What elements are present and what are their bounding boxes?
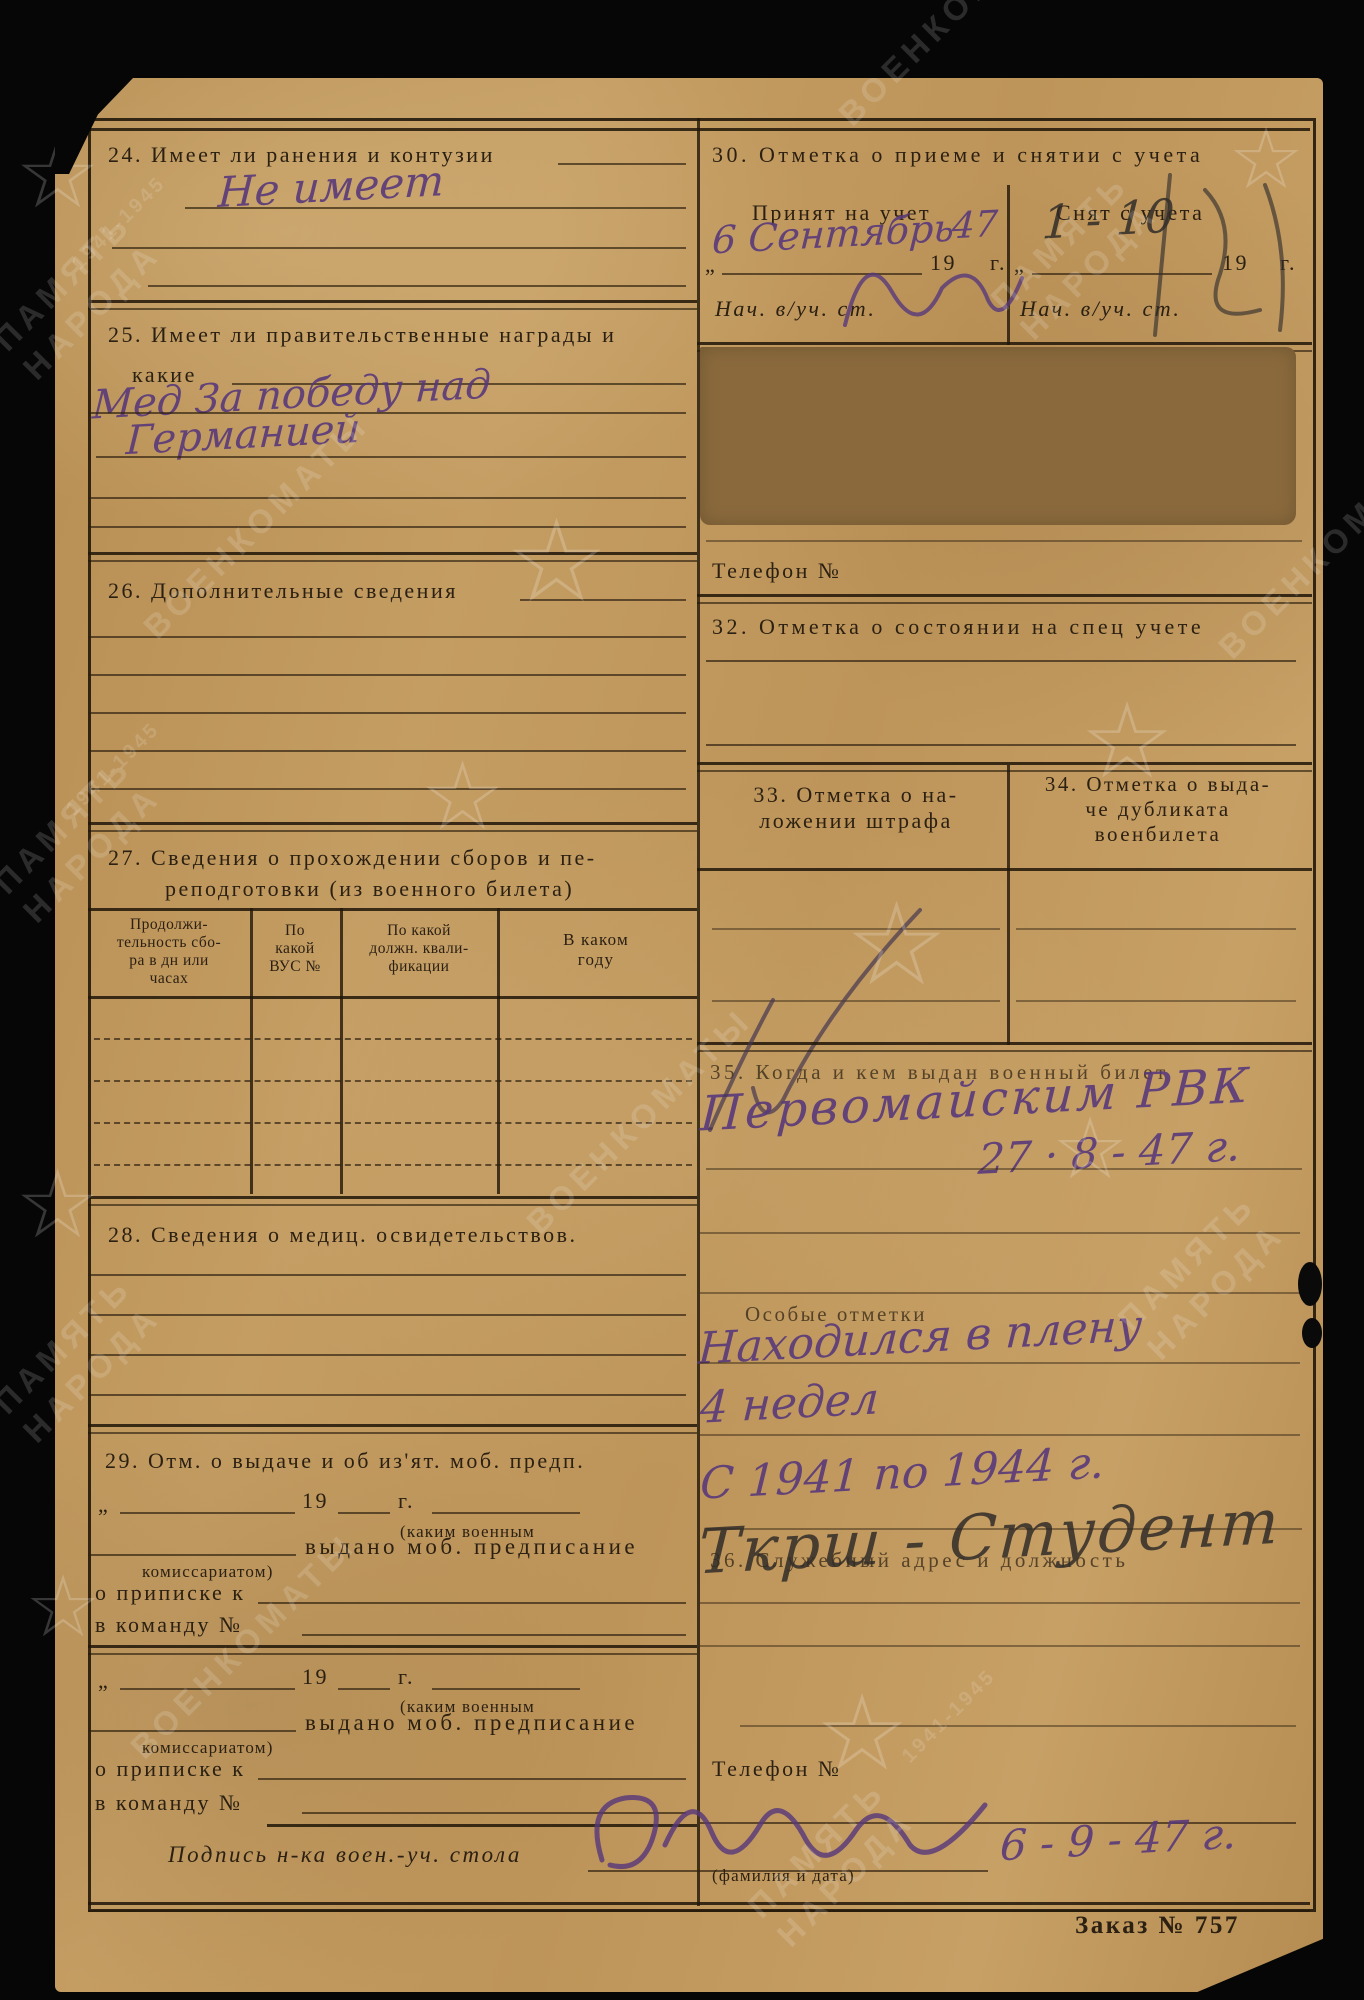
star-watermark: ☆ [1080,680,1174,802]
star-watermark: ☆ [505,495,608,629]
ruled-line [88,1394,686,1396]
section-rule [88,1645,697,1655]
blank-line [432,1688,580,1690]
table-column-divider [497,908,500,1194]
section-33-title: 33. Отметка о на- ложении штрафа [712,782,1000,834]
s33-s34-divider [1007,765,1010,1045]
table-row-line [94,1122,692,1124]
handwriting-pow-2: 4 недел [699,1373,880,1434]
open-quote: „ [98,1668,110,1694]
blank-line [302,1634,686,1636]
ruled-line [706,660,1296,662]
section-27-title2: реподготовки (из военного билета) [165,876,574,902]
issued-mob-order: выдано моб. предписание [305,1710,638,1736]
ruled-line [185,207,686,209]
section-rule [697,1042,1312,1052]
section-rule [88,1196,697,1206]
komanda-label: в команду № [95,1790,243,1816]
section-rule [697,594,1312,604]
ruled-line [706,744,1296,746]
blank-line [88,1730,296,1732]
table-header-year: В каком году [500,930,692,970]
year-19: 19 [302,1664,329,1690]
bottom-rule [88,1902,1310,1912]
note-commissariat: комиссариатом) [142,1562,274,1582]
ruled-line [700,1602,1300,1604]
ruled-line [88,750,686,752]
blank-line [258,1602,686,1604]
blank-line [88,1554,296,1556]
star-watermark: ☆ [15,1150,100,1260]
pripiska-label: о приписке к [95,1756,245,1782]
phone-label: Телефон № [712,558,841,584]
table-header-qualification: По какой должн. квали- фикации [344,922,494,976]
ruled-line [700,1362,1300,1364]
star-watermark: ☆ [1052,1100,1128,1199]
year-g: г. [398,1488,415,1514]
ruled-line [558,163,686,165]
star-watermark: ☆ [1228,110,1304,209]
open-quote: „ [98,1492,110,1518]
section-rule [88,1424,697,1434]
ruled-line [148,285,686,287]
komanda-label: в команду № [95,1612,243,1638]
section-25-title: 25. Имеет ли правительственные награды и [108,322,616,348]
ruled-line [112,247,686,249]
ruled-line [706,540,1302,542]
ruled-line [88,674,686,676]
section-rule [88,822,697,832]
scanned-military-registration-card: 24. Имеет ли ранения и контузии Не имеет… [0,0,1364,2000]
pripiska-label: о приписке к [95,1580,245,1606]
redacted-area [700,347,1296,525]
ruled-line [88,636,686,638]
table-header-duration: Продолжи- тельность сбо- ра в дн или час… [90,916,248,988]
signature-caption: Подпись н-ка воен.-уч. стола [168,1842,522,1868]
blank-line [432,1512,580,1514]
year-g: г. [398,1664,415,1690]
ruled-line [88,412,686,414]
section-28-title: 28. Сведения о медиц. освидетельствов. [108,1222,578,1248]
star-watermark: ☆ [25,1558,101,1657]
table-column-divider [250,908,253,1194]
ruled-line [88,788,686,790]
ruled-line [96,456,686,458]
table-header-rule [88,996,697,999]
year-19: 19 [302,1488,329,1514]
table-row-line [94,1080,692,1082]
section-27-title1: 27. Сведения о прохождении сборов и пе- [108,845,597,871]
ink-blot [1302,1318,1322,1348]
ruled-line [1016,1000,1296,1002]
section-29-title: 29. Отм. о выдаче и об из'ят. моб. предп… [105,1448,585,1474]
ruled-line [700,1645,1300,1647]
table-column-divider [340,908,343,1194]
header-rule [697,868,1312,871]
ruled-line [1016,928,1296,930]
blank-line [338,1688,390,1690]
ruled-line [88,1314,686,1316]
ruled-line [88,1274,686,1276]
table-header-vus: По какой ВУС № [252,922,338,976]
section-rule [697,762,1312,772]
ruled-line [88,1354,686,1356]
ruled-line [700,1434,1300,1436]
blank-line [120,1512,295,1514]
blank-line [338,1512,390,1514]
ruled-line [88,712,686,714]
section-rule [88,300,697,310]
star-watermark: ☆ [845,878,948,1012]
ruled-line [706,1168,1302,1170]
table-top-rule [88,908,697,911]
ink-blot [1298,1262,1322,1306]
section-32-title: 32. Отметка о состоянии на спец учете [712,614,1204,640]
table-row-line [94,1038,692,1040]
order-number: Заказ № 757 [1075,1912,1240,1940]
star-watermark: ☆ [420,742,505,852]
